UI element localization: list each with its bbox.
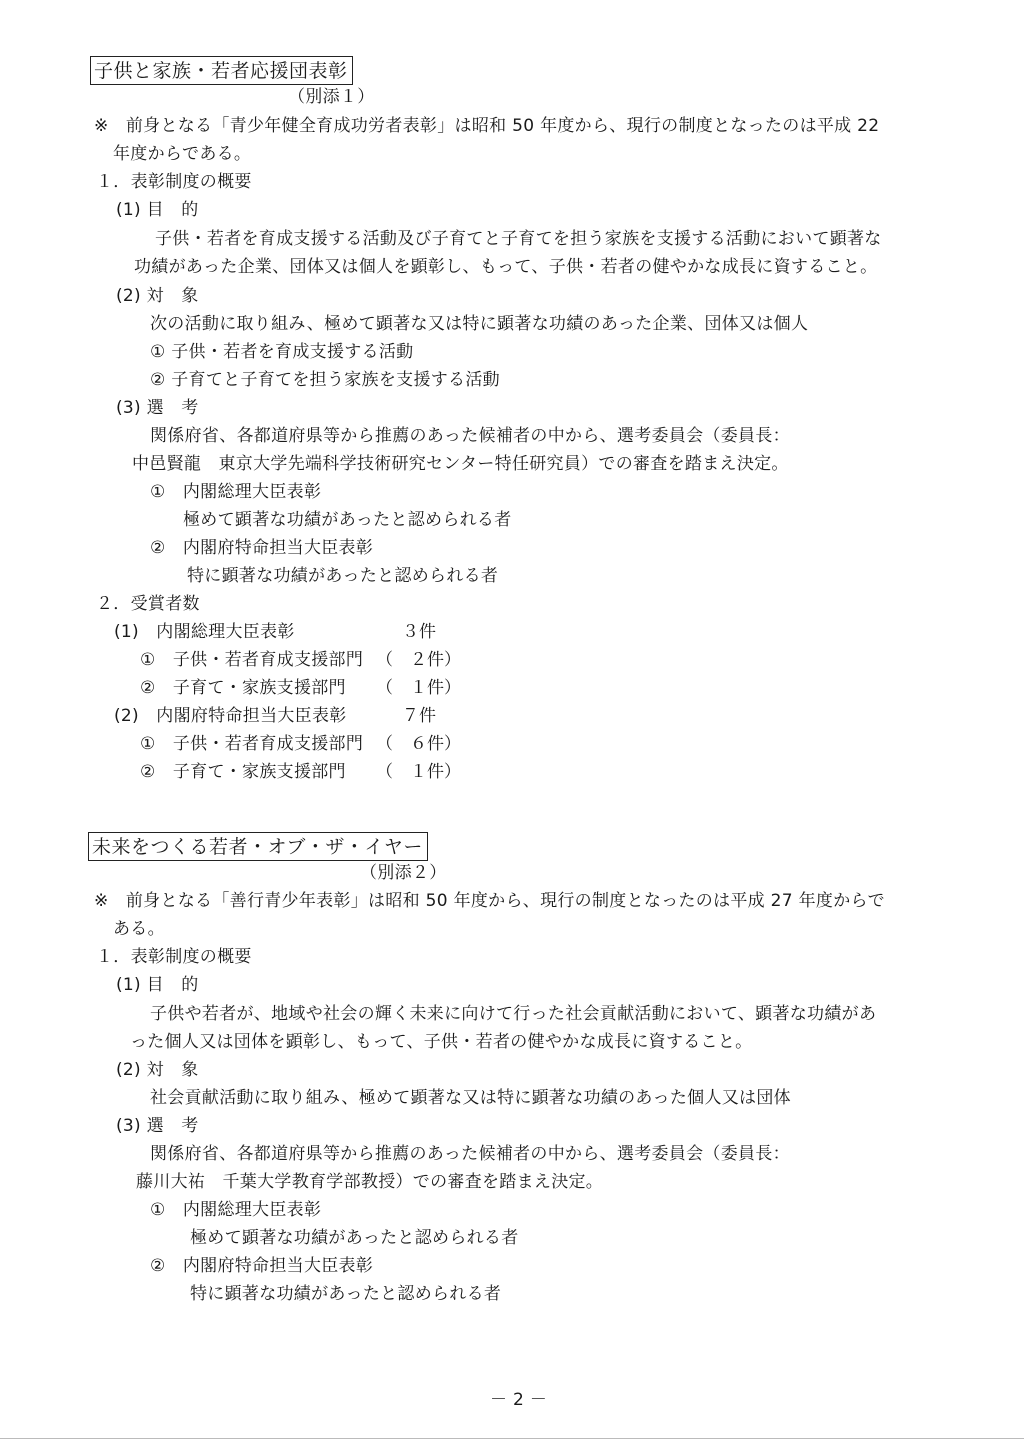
document-page: 子供と家族・若者応援団表彰 （別添１） ※ 前身となる「青少年健全育成功労者表彰… [0,0,1024,1445]
section1-heading-recipients: ２．受賞者数 [96,593,200,615]
section2-award-desc: 特に顕著な功績があったと認められる者 [190,1283,501,1305]
section1-target-line: 次の活動に取り組み、極めて顕著な又は特に顕著な功績のあった企業、団体又は個人 [150,313,808,335]
count-label: ① 子供・若者育成支援部門 [140,649,363,671]
count-value: （ １件） [376,761,461,783]
section2-selection-heading: (3) 選 考 [116,1115,199,1137]
count-label: ② 子育て・家族支援部門 [140,677,346,699]
section1-purpose-line1: 子供・若者を育成支援する活動及び子育てと子育てを担う家族を支援する活動において顕… [155,228,882,250]
section2-award-label: ① 内閣総理大臣表彰 [150,1199,321,1221]
section2-purpose-line1: 子供や若者が、地域や社会の輝く未来に向けて行った社会貢献活動において、顕著な功績… [150,1003,876,1025]
section2-selection-line1: 関係府省、各都道府県等から推薦のあった候補者の中から、選考委員会（委員長： [150,1143,790,1165]
section2-note-line2: ある。 [113,918,165,940]
section1-award-desc: 特に顕著な功績があったと認められる者 [187,565,498,587]
section1-selection-heading: (3) 選 考 [116,397,199,419]
section2-heading-overview: １．表彰制度の概要 [96,946,252,968]
section1-award-desc: 極めて顕著な功績があったと認められる者 [183,509,512,531]
section2-target-line: 社会貢献活動に取り組み、極めて顕著な又は特に顕著な功績のあった個人又は団体 [150,1087,791,1109]
count-value: ７件 [402,705,436,727]
section2-purpose-heading: (1) 目 的 [116,974,199,996]
section1-selection-line2: 中邑賢龍 東京大学先端科学技術研究センター特任研究員）での審査を踏まえ決定。 [132,453,789,475]
section2-target-heading: (2) 対 象 [116,1059,199,1081]
section1-heading-overview: １．表彰制度の概要 [96,171,252,193]
page-number: － 2 － [490,1389,547,1411]
section1-target-heading: (2) 対 象 [116,285,199,307]
section1-target-item: ② 子育てと子育てを担う家族を支援する活動 [150,369,500,391]
section2-purpose-line2: った個人又は団体を顕彰し、もって、子供・若者の健やかな成長に資すること。 [130,1031,752,1053]
count-value: （ ２件） [376,649,461,671]
count-label: ② 子育て・家族支援部門 [140,761,346,783]
section1-award-label: ② 内閣府特命担当大臣表彰 [150,537,373,559]
section2-title: 未来をつくる若者・オブ・ザ・イヤー [88,832,428,861]
count-value: （ １件） [376,677,461,699]
count-value: （ ６件） [376,733,461,755]
section1-title: 子供と家族・若者応援団表彰 [90,56,353,85]
section2-selection-line2: 藤川大祐 千葉大学教育学部教授）での審査を踏まえ決定。 [136,1171,603,1193]
section2-award-label: ② 内閣府特命担当大臣表彰 [150,1255,373,1277]
section1-note-line1: ※ 前身となる「青少年健全育成功労者表彰」は昭和 50 年度から、現行の制度とな… [94,115,879,137]
section1-purpose-line2: 功績があった企業、団体又は個人を顕彰し、もって、子供・若者の健やかな成長に資する… [134,256,877,278]
section1-award-label: ① 内閣総理大臣表彰 [150,481,321,503]
footer-divider [0,1438,1024,1439]
count-value: ３件 [402,621,436,643]
section1-note-line2: 年度からである。 [113,143,251,165]
section1-attachment: （別添１） [288,86,375,108]
count-label: (2) 内閣府特命担当大臣表彰 [114,705,347,727]
section1-target-item: ① 子供・若者を育成支援する活動 [150,341,413,363]
count-label: ① 子供・若者育成支援部門 [140,733,363,755]
section2-note-line1: ※ 前身となる「善行青少年表彰」は昭和 50 年度から、現行の制度となったのは平… [94,890,885,912]
section1-selection-line1: 関係府省、各都道府県等から推薦のあった候補者の中から、選考委員会（委員長： [150,425,790,447]
count-label: (1) 内閣総理大臣表彰 [114,621,295,643]
section2-attachment: （別添２） [360,862,447,884]
section2-award-desc: 極めて顕著な功績があったと認められる者 [190,1227,519,1249]
section1-purpose-heading: (1) 目 的 [116,199,199,221]
